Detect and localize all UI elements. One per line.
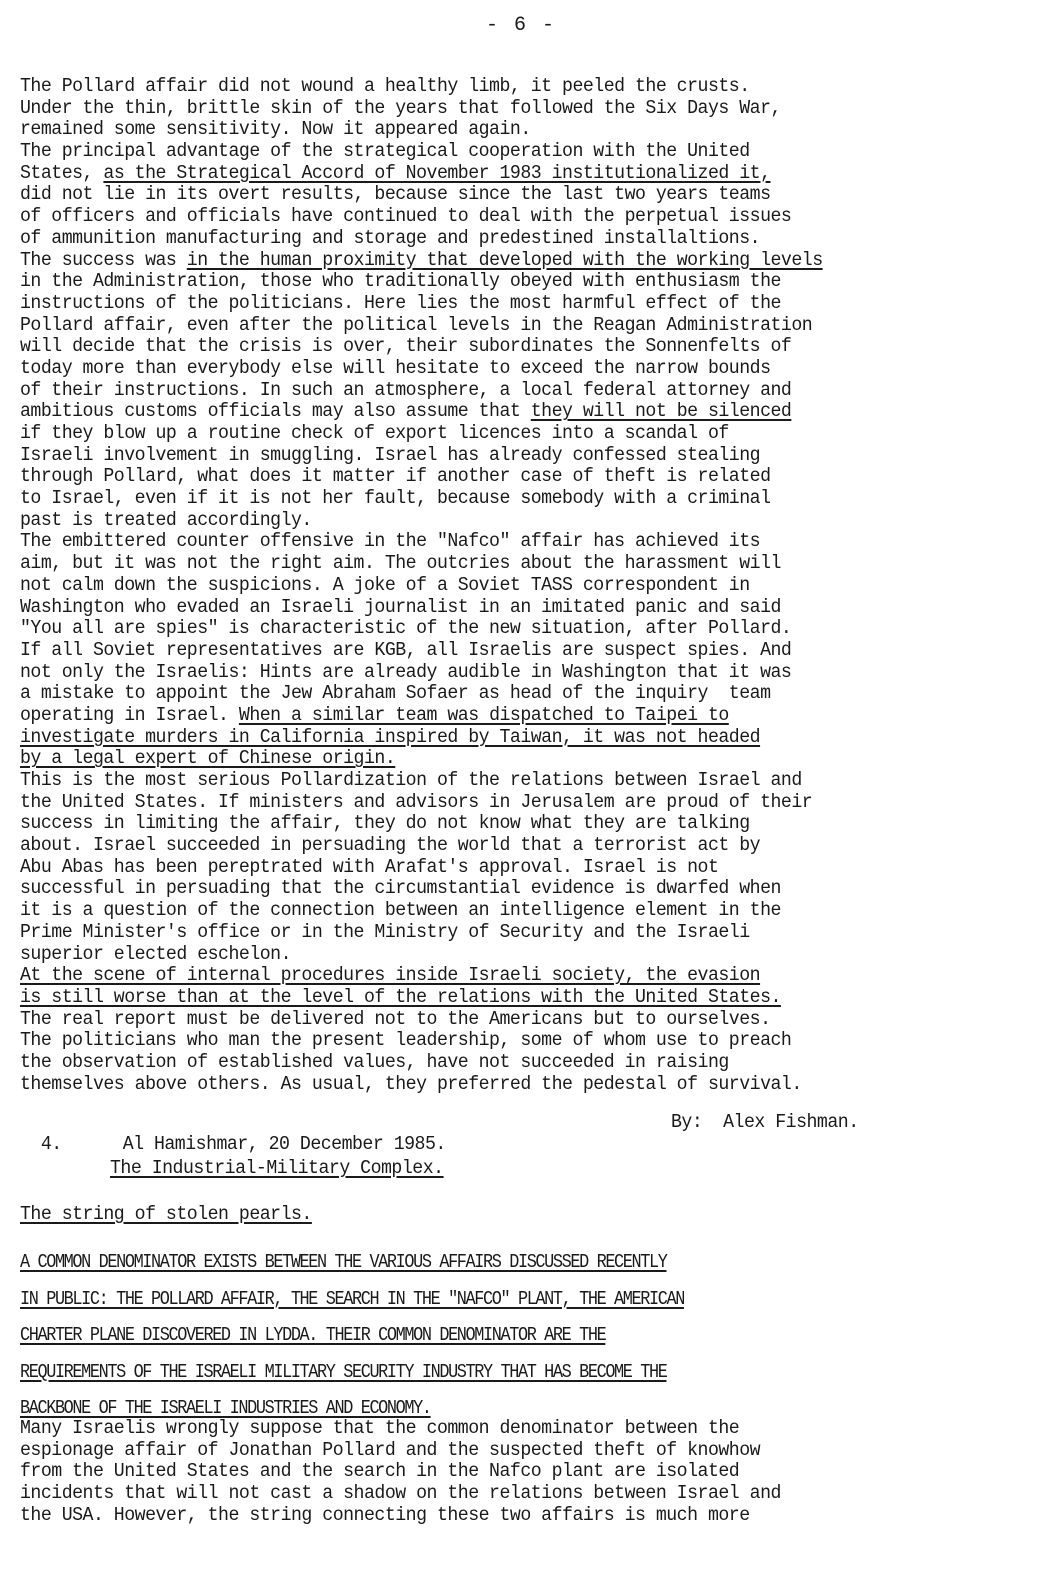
line-text: themselves above others. As usual, they … [20, 1073, 802, 1095]
text-line: Abu Abas has been pereptrated with Arafa… [20, 857, 959, 879]
text-line: by a legal expert of Chinese origin. [20, 748, 959, 770]
item-author: By: Alex Fishman. [671, 1111, 859, 1133]
line-text: remained some sensitivity. Now it appear… [20, 118, 531, 140]
text-line: Pollard affair, even after the political… [20, 315, 959, 337]
text-line: remained some sensitivity. Now it appear… [20, 119, 959, 141]
text-line: it is a question of the connection betwe… [20, 900, 959, 922]
text-line: This is the most serious Pollardization … [20, 770, 959, 792]
line-text: Pollard affair, even after the political… [20, 314, 812, 336]
text-line: is still worse than at the level of the … [20, 987, 959, 1009]
text-line: The politicians who man the present lead… [20, 1030, 959, 1052]
text-line: success in limiting the affair, they do … [20, 813, 959, 835]
item-number: 4. [41, 1133, 123, 1155]
text-line: espionage affair of Jonathan Pollard and… [20, 1440, 959, 1462]
line-text: not calm down the suspicions. A joke of … [20, 574, 750, 596]
underlined-text: as the Strategical Accord of November 19… [103, 162, 770, 184]
line-text: aim, but it was not the right aim. The o… [20, 552, 781, 574]
text-line: a mistake to appoint the Jew Abraham Sof… [20, 683, 959, 705]
text-line: about. Israel succeeded in persuading th… [20, 835, 959, 857]
line-text: This is the most serious Pollardization … [20, 769, 802, 791]
line-text: superior elected eschelon. [20, 943, 291, 965]
line-text: to Israel, even if it is not her fault, … [20, 487, 771, 509]
text-line: the United States. If ministers and advi… [20, 792, 959, 814]
underlined-text: When a similar team was dispatched to Ta… [239, 704, 729, 726]
text-line: At the scene of internal procedures insi… [20, 965, 959, 987]
line-text: States, [20, 162, 103, 184]
text-line: The success was in the human proximity t… [20, 250, 959, 272]
text-line: States, as the Strategical Accord of Nov… [20, 163, 959, 185]
text-line: if they blow up a routine check of expor… [20, 423, 959, 445]
text-line: aim, but it was not the right aim. The o… [20, 553, 959, 575]
text-line: ambitious customs officials may also ass… [20, 401, 959, 423]
text-line: not only the Israelis: Hints are already… [20, 662, 959, 684]
text-line: Israeli involvement in smuggling. Israel… [20, 445, 959, 467]
line-text: If all Soviet representatives are KGB, a… [20, 639, 791, 661]
text-line: If all Soviet representatives are KGB, a… [20, 640, 959, 662]
text-line: successful in persuading that the circum… [20, 878, 959, 900]
underlined-text: is still worse than at the level of the … [20, 986, 781, 1008]
text-line: The principal advantage of the strategic… [20, 141, 959, 163]
text-line: through Pollard, what does it matter if … [20, 466, 959, 488]
body-text: The Pollard affair did not wound a healt… [20, 76, 1030, 1095]
line-text: will decide that the crisis is over, the… [20, 335, 791, 357]
line-text: about. Israel succeeded in persuading th… [20, 834, 760, 856]
line-text: The embittered counter offensive in the … [20, 530, 760, 552]
line-text: if they blow up a routine check of expor… [20, 422, 729, 444]
text-line: today more than everybody else will hesi… [20, 358, 959, 380]
line-text: The Pollard affair did not wound a healt… [20, 75, 750, 97]
line-text: the observation of established values, h… [20, 1051, 729, 1073]
lead-line: REQUIREMENTS OF THE ISRAELI MILITARY SEC… [20, 1354, 889, 1391]
text-line: themselves above others. As usual, they … [20, 1074, 959, 1096]
final-paragraph: Many Israelis wrongly suppose that the c… [20, 1418, 1030, 1526]
text-line: The Pollard affair did not wound a healt… [20, 76, 959, 98]
text-line: of officers and officials have continued… [20, 206, 959, 228]
underlined-text: they will not be silenced [531, 400, 792, 422]
text-line: to Israel, even if it is not her fault, … [20, 488, 959, 510]
item-source: Al Hamishmar, 20 December 1985. [123, 1133, 446, 1155]
section-title: The Industrial-Military Complex. [110, 1157, 444, 1179]
text-line: will decide that the crisis is over, the… [20, 336, 959, 358]
underlined-text: investigate murders in California inspir… [20, 726, 760, 748]
text-line: the USA. However, the string connecting … [20, 1505, 959, 1527]
line-text: Under the thin, brittle skin of the year… [20, 97, 781, 119]
text-line: instructions of the politicians. Here li… [20, 293, 959, 315]
line-text: operating in Israel. [20, 704, 239, 726]
text-line: The embittered counter offensive in the … [20, 531, 959, 553]
lead-line: IN PUBLIC: THE POLLARD AFFAIR, THE SEARC… [20, 1281, 889, 1318]
line-text: ambitious customs officials may also ass… [20, 400, 531, 422]
text-line: of their instructions. In such an atmosp… [20, 380, 959, 402]
line-text: instructions of the politicians. Here li… [20, 292, 781, 314]
line-text: the United States. If ministers and advi… [20, 791, 812, 813]
line-text: The success was [20, 249, 187, 271]
text-line: past is treated accordingly. [20, 510, 959, 532]
text-line: did not lie in its overt results, becaus… [20, 184, 959, 206]
line-text: The real report must be delivered not to… [20, 1008, 771, 1030]
line-text: The politicians who man the present lead… [20, 1029, 791, 1051]
line-text: a mistake to appoint the Jew Abraham Sof… [20, 682, 771, 704]
line-text: it is a question of the connection betwe… [20, 899, 781, 921]
line-text: "You all are spies" is characteristic of… [20, 617, 791, 639]
text-line: operating in Israel. When a similar team… [20, 705, 959, 727]
line-text: The principal advantage of the strategic… [20, 140, 750, 162]
text-line: superior elected eschelon. [20, 944, 959, 966]
line-text: Prime Minister's office or in the Minist… [20, 921, 750, 943]
text-line: the observation of established values, h… [20, 1052, 959, 1074]
text-line: Under the thin, brittle skin of the year… [20, 98, 959, 120]
line-text: through Pollard, what does it matter if … [20, 465, 771, 487]
lead-paragraph: A COMMON DENOMINATOR EXISTS BETWEEN THE … [20, 1244, 1030, 1427]
article-title: The string of stolen pearls. [20, 1203, 312, 1225]
line-text: Washington who evaded an Israeli journal… [20, 596, 781, 618]
line-text: of ammunition manufacturing and storage … [20, 227, 760, 249]
underlined-text: At the scene of internal procedures insi… [20, 964, 760, 986]
underlined-text: in the human proximity that developed wi… [187, 249, 823, 271]
line-text: of officers and officials have continued… [20, 205, 791, 227]
lead-line: A COMMON DENOMINATOR EXISTS BETWEEN THE … [20, 1244, 889, 1281]
text-line: not calm down the suspicions. A joke of … [20, 575, 959, 597]
text-line: Washington who evaded an Israeli journal… [20, 597, 959, 619]
line-text: success in limiting the affair, they do … [20, 812, 750, 834]
page-number: - 6 - [0, 14, 1042, 37]
text-line: incidents that will not cast a shadow on… [20, 1483, 959, 1505]
line-text: successful in persuading that the circum… [20, 877, 781, 899]
lead-line: CHARTER PLANE DISCOVERED IN LYDDA. THEIR… [20, 1317, 889, 1354]
underlined-text: A COMMON DENOMINATOR EXISTS BETWEEN THE … [20, 1251, 666, 1273]
underlined-text: CHARTER PLANE DISCOVERED IN LYDDA. THEIR… [20, 1324, 605, 1346]
text-line: "You all are spies" is characteristic of… [20, 618, 959, 640]
line-text: Israeli involvement in smuggling. Israel… [20, 444, 760, 466]
text-line: investigate murders in California inspir… [20, 727, 959, 749]
line-text: of their instructions. In such an atmosp… [20, 379, 791, 401]
text-line: of ammunition manufacturing and storage … [20, 228, 959, 250]
text-line: from the United States and the search in… [20, 1461, 959, 1483]
line-text: in the Administration, those who traditi… [20, 270, 781, 292]
underlined-text: by a legal expert of Chinese origin. [20, 747, 395, 769]
text-line: Many Israelis wrongly suppose that the c… [20, 1418, 959, 1440]
line-text: did not lie in its overt results, becaus… [20, 183, 771, 205]
underlined-text: BACKBONE OF THE ISRAELI INDUSTRIES AND E… [20, 1397, 431, 1419]
text-line: Prime Minister's office or in the Minist… [20, 922, 959, 944]
underlined-text: IN PUBLIC: THE POLLARD AFFAIR, THE SEARC… [20, 1288, 684, 1310]
line-text: Abu Abas has been pereptrated with Arafa… [20, 856, 718, 878]
text-line: The real report must be delivered not to… [20, 1009, 959, 1031]
underlined-text: REQUIREMENTS OF THE ISRAELI MILITARY SEC… [20, 1361, 666, 1383]
text-line: in the Administration, those who traditi… [20, 271, 959, 293]
line-text: not only the Israelis: Hints are already… [20, 661, 791, 683]
line-text: past is treated accordingly. [20, 509, 312, 531]
line-text: today more than everybody else will hesi… [20, 357, 771, 379]
